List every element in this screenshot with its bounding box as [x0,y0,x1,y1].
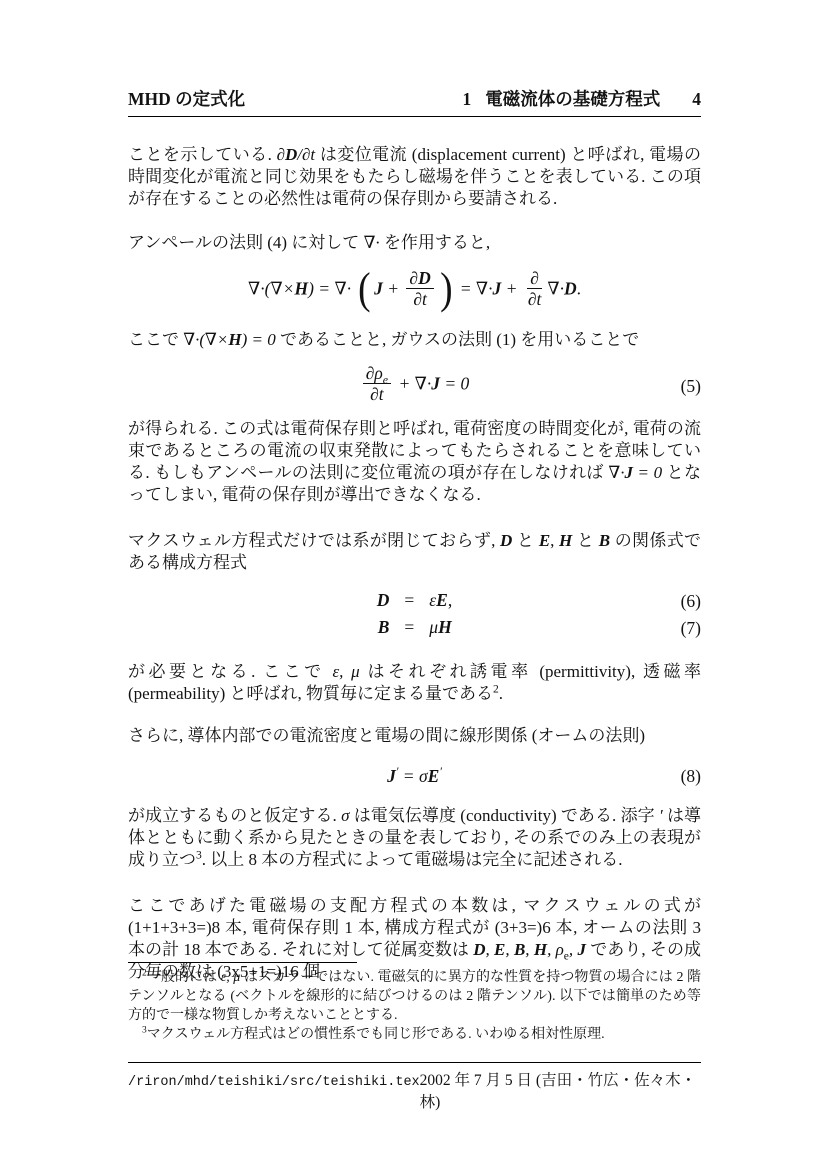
eq-term: = ∇· [455,279,492,299]
eq-term: + [501,279,522,299]
text-segment: ここで [128,330,183,349]
header-page-number: 4 [692,88,701,110]
equation-tag-8: (8) [681,765,701,787]
paragraph-1: ことを示している. ∂D/∂t は変位電流 (displacement curr… [128,144,701,210]
text-segment: D [473,940,485,959]
text-segment: . 以上 8 本の方程式によって電磁場は完全に記述される. [202,850,623,869]
text-segment: ∇· [364,233,380,252]
vector-B: B [377,614,390,641]
vector-D: D [564,279,577,299]
text-segment: , [525,940,534,959]
fraction-numerator: ∂D [406,268,433,289]
equation-constitutive-d: D = εE, [377,587,452,614]
text-segment: は電気伝導度 (conductivity) である. 添字 [349,806,659,825]
paragraph-2: アンペールの法則 (4) に対して ∇· を作用すると, [128,232,701,254]
footnote-rule [128,962,357,963]
text-segment: J [624,463,633,482]
equation-tag-6: (6) [681,590,701,612]
page-header: MHD の定式化 1 電磁流体の基礎方程式 4 [128,88,701,117]
vector-D: D [377,587,390,614]
text-segment: = 0 [633,463,662,482]
rho-symbol: ∂ρ [366,363,383,383]
text-segment: H [228,330,241,349]
text-segment: H [559,531,572,550]
eq-period: . [577,279,581,299]
document-page: { "header": { "left_title": "MHD の定式化", … [0,0,826,1169]
paragraph-3: ここで ∇·(∇×H) = 0 であることと, ガウスの法則 (1) を用いるこ… [128,329,701,351]
page-footer: /riron/mhd/teishiki/src/teishiki.tex 200… [128,1062,701,1112]
main-text: ことを示している. ∂D/∂t は変位電流 (displacement curr… [128,144,701,983]
text-segment: ) = 0 [242,330,276,349]
paragraph-4: が得られる. この式は電荷保存則と呼ばれ, 電荷密度の時間変化が, 電荷の流束で… [128,418,701,506]
header-section-title: 電磁流体の基礎方程式 [485,88,660,110]
text-segment: ε, μ [221,970,241,985]
paragraph-7: さらに, 導体内部での電流密度と電場の間に線形関係 (オームの法則) [128,725,701,747]
text-segment: ∇· [608,463,624,482]
text-segment: , [550,531,559,550]
fraction-drho-dt: ∂ρe∂t [363,363,391,404]
eq-comma: , [448,590,452,610]
text-segment: が必要となる. ここで [128,662,332,681]
eq-term: ∇·(∇× [248,279,294,299]
vector-H: H [438,617,452,637]
footnote-area: 2一般的には ε, μ はスカラーではない. 電磁気的に異方的な性質を持つ物質の… [128,962,701,1044]
footer-file-path: /riron/mhd/teishiki/src/teishiki.tex [128,1075,420,1090]
text-segment: マクスウェル方程式だけでは系が閉じておらず, [128,531,500,550]
text-segment: , [486,940,495,959]
equals-sign: = [389,614,429,641]
eq-term: = 0 [440,374,469,394]
rhs: εE, [429,587,452,614]
eq-term: ∇· [547,279,564,299]
header-right: 1 電磁流体の基礎方程式 4 [463,88,702,110]
footnote-3: 3マクスウェル方程式はどの慣性系でも同じ形である. いわゆる相対性原理. [128,1025,701,1044]
aligned-equations: D = εE, B = μH [377,587,452,641]
vector-H: H [294,279,308,299]
fraction-numerator: ∂ [527,268,542,289]
paragraph-8: が成立するものと仮定する. σ は電気伝導度 (conductivity) であ… [128,805,701,871]
vector-E: E [428,766,440,786]
text-segment: アンペールの法則 (4) に対して [128,233,364,252]
text-segment: D [285,145,297,164]
text-segment: さらに, 導体内部での電流密度と電場の間に線形関係 (オームの法則) [128,726,645,745]
vector-J: J [493,279,502,299]
fraction-d-dt: ∂∂t [525,268,545,309]
page-container: MHD の定式化 1 電磁流体の基礎方程式 4 ことを示している. ∂D/∂t … [128,0,701,1169]
fraction-dD-dt: ∂D∂t [406,268,433,309]
text-segment: を作用すると, [380,233,491,252]
text-segment: , ρ [547,940,564,959]
text-segment: が成立するものと仮定する. [128,806,341,825]
text-segment: と [572,531,599,550]
prime-symbol: ′ [439,764,442,778]
equation-tag-5: (5) [681,375,701,397]
sigma-symbol: σ [419,766,428,786]
mu-symbol: μ [429,617,438,637]
text-segment: E [539,531,550,550]
footer-date-authors: 2002 年 7 月 5 日 (吉田・竹広・佐々木・林) [420,1068,701,1112]
text-segment: E [494,940,505,959]
eq-term: ) = ∇· [308,279,355,299]
vector-E: E [436,590,448,610]
equation-charge-conservation: ∂ρe∂t + ∇·J = 0 (5) [128,363,701,408]
text-segment: 一般的には [147,970,221,985]
equation-ohms-law: J′ = σE′ (8) [128,765,701,787]
text-segment: /∂t [297,145,315,164]
paragraph-5: マクスウェル方程式だけでは系が閉じておらず, D と E, H と B の関係式… [128,530,701,574]
equation-constitutive-b: B = μH [377,614,452,641]
fraction-denominator: ∂t [367,384,387,404]
fraction-denominator: ∂t [525,289,545,309]
rhs: μH [429,614,452,641]
vector-J: J [431,374,440,394]
text-segment: J [577,940,586,959]
vector-D: D [418,268,431,288]
eq-term: + ∇· [394,374,431,394]
text-segment: ∇·(∇× [183,330,228,349]
text-segment: B [599,531,610,550]
text-segment: ∂ [277,145,285,164]
eq-term: + [383,279,404,299]
equation-constitutive: D = εE, B = μH (6) (7) [128,587,701,641]
fraction-denominator: ∂t [410,289,430,309]
header-title-left: MHD の定式化 [128,88,245,110]
text-segment: ことを示している. [128,145,277,164]
text-segment: , [505,940,514,959]
text-segment: と [512,531,539,550]
equation-divergence-of-ampere: ∇·(∇×H) = ∇· (J + ∂D∂t) = ∇·J + ∂∂t∇·D. [128,266,701,315]
header-section-number: 1 [463,88,472,110]
footnote-2: 2一般的には ε, μ はスカラーではない. 電磁気的に異方的な性質を持つ物質の… [128,968,701,1025]
paragraph-6: が必要となる. ここで ε, μ はそれぞれ誘電率 (permittivity)… [128,661,701,705]
equals-sign: = [389,587,429,614]
vector-J: J [374,279,383,299]
text-segment: . [499,684,503,703]
vector-J: J [387,766,396,786]
text-segment: B [514,940,525,959]
partial-symbol: ∂ [409,268,418,288]
text-segment: H [534,940,547,959]
equals-sign: = [398,766,419,786]
text-segment: D [500,531,512,550]
fraction-numerator: ∂ρe [363,363,391,384]
text-segment: ε, μ [332,662,359,681]
text-segment: マクスウェル方程式はどの慣性系でも同じ形である. いわゆる相対性原理. [147,1027,605,1042]
equation-tag-7: (7) [681,617,701,639]
text-segment: であることと, ガウスの法則 (1) を用いることで [276,330,640,349]
